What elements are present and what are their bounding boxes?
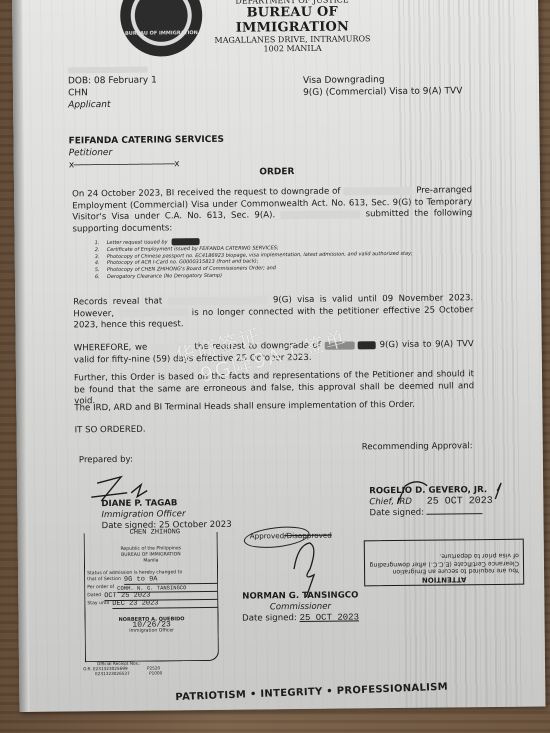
order-closing: IT SO ORDERED. [75,421,475,437]
redacted-name [118,308,188,317]
recommender-date-stamp: 25 OCT 2023 [427,496,493,508]
preparer-block: DIANE P. TAGAB Immigration Officer Date … [101,498,231,532]
order-paragraph-2: Records reveal that 9(G) visa is valid u… [73,293,473,332]
recommender-block: ROGELIO D. GEVERO, JR. Chief, IRD 25 OCT… [369,485,493,519]
redacted-applicant-name [68,67,148,74]
bureau-seal-icon: BUREAU OF IMMIGRATION [120,0,203,57]
redacted-name [280,210,360,219]
document-description: Derogatory Clearance (No Derogatory Stam… [107,273,222,280]
document-description: Letter request issued by [107,239,168,246]
stamp-stay-until-value: DEC 23 2023 [112,600,217,609]
redacted-word [151,343,191,351]
stamp-officer-title: Immigration Officer [86,628,218,635]
petitioner-name: FEIFANDA CATERING SERVICES [68,134,224,148]
commissioner-date-stamp: 25 OCT 2023 [299,612,359,623]
subject-block: Visa Downgrading 9(G) (Commercial) Visa … [303,73,463,99]
order-paragraph-1: On 24 October 2023, BI received the requ… [72,185,472,235]
applicant-label: Applicant [68,98,157,111]
stamp-stay-until-label: Stay until [87,601,109,609]
para3-text-a: WHEREFORE, we [74,343,148,354]
header-bureau: BUREAU OF IMMIGRATION [192,4,392,36]
redacted-name [358,341,376,349]
receipt-prefix: O.R. [83,666,92,671]
recommender-date-label: Date signed: [369,508,424,519]
stamp-section-label: that of Section [87,577,121,585]
redacted-name [168,296,268,305]
document-number: 6. [95,274,107,281]
para2-text-a: Records reveal that [73,296,162,307]
letterhead: REPUBLIC OF THE PHILIPPINES DEPARTMENT O… [192,0,393,54]
redacted-name [343,186,413,195]
applicant-nationality: CHN [68,86,157,99]
supporting-documents-list: 1.Letter request issued by2.Certificate … [95,236,413,281]
prepared-by-label: Prepared by: [79,455,133,467]
recommending-approval-label: Recommending Approval: [362,441,473,453]
redacted-issuer [172,238,200,245]
attention-text: You are required to secure an Emigration… [369,552,519,576]
subject-detail: 9(G) (Commercial) Visa to 9(A) TVV [303,85,462,99]
para1-text-a: On 24 October 2023, BI received the requ… [72,187,340,200]
para3-text-b: the request to downgrade of [194,341,320,352]
change-of-admission-stamp: Republic of the Philippines BUREAU OF IM… [84,532,219,662]
attention-title: ATTENTION [369,574,519,583]
stamp-city: Manila [85,558,217,565]
applicant-block: DOB: 08 February 1 CHN Applicant [68,74,157,111]
order-document: BUREAU OF IMMIGRATION REPUBLIC OF THE PH… [12,0,545,712]
footer-motto: PATRIOTISM • INTEGRITY • PROFESSIONALISM [175,682,448,703]
official-receipt-block: Official Receipt Nos.: O.R. E23132302569… [83,660,162,676]
commissioner-block: NORMAN G. TANSINGCO Commissioner Date si… [240,590,360,624]
order-paragraph-3: WHEREFORE, we the request to downgrade o… [74,339,474,366]
seal-text: BUREAU OF IMMIGRATION [120,30,202,37]
redacted-name [324,341,354,349]
recommender-title: Chief, IRD [369,497,412,507]
stamp-dated-label: Dated [87,593,101,601]
attention-notice-box: ATTENTION You are required to secure an … [364,539,524,587]
receipt-number-2: E231323026537 [95,671,130,676]
commissioner-date-label: Date signed: [242,613,297,624]
receipt-amount-2: P1000 [149,670,162,675]
commissioner-name: NORMAN G. TANSINGCO [240,590,360,602]
document-description: Photocopy of CHEN ZHIHONG's Board of Com… [107,265,276,273]
approved-label: Approved [250,531,285,540]
applicant-dob: DOB: 08 February 1 [68,74,157,87]
petitioner-block: FEIFANDA CATERING SERVICES Petitioner x-… [68,134,224,172]
